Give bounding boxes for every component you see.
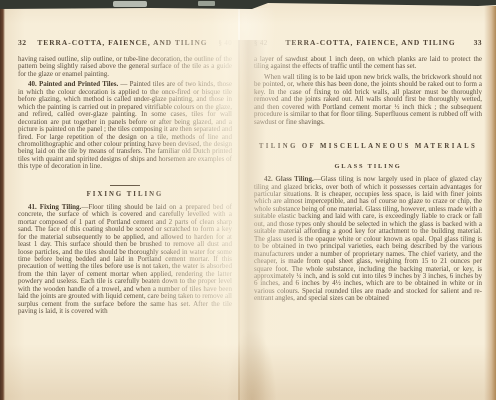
right-page-header: § 42 TERRA-COTTA, FAIENCE, AND TILING 33 <box>254 38 482 47</box>
paragraph-section-40: 40. Painted and Printed Tiles. — Painted… <box>18 81 232 170</box>
section-40-body: — Painted tiles are of two kinds, those … <box>18 80 232 170</box>
right-running-title: TERRA-COTTA, FAIENCE, AND TILING <box>285 38 455 47</box>
glass-tiling-heading: GLASS TILING <box>254 163 482 170</box>
paragraph-section-42: 42. Glass Tiling.—Glass tiling is now la… <box>254 176 482 303</box>
miscellaneous-materials-heading: TILING OF MISCELLANEOUS MATERIALS <box>254 143 482 150</box>
paragraph-continuation-right: a layer of sawdust about 1 inch deep, on… <box>254 56 482 71</box>
left-section-mark: § 40 <box>219 40 233 47</box>
paragraph-wall-tiling: When wall tiling is to be laid upon new … <box>254 74 482 126</box>
paragraph-continuation-left: having raised outline, slip outline, or … <box>18 56 232 78</box>
right-section-mark: § 42 <box>254 40 268 47</box>
left-running-title: TERRA-COTTA, FAIENCE, AND TILING <box>37 38 207 47</box>
paragraph-section-41: 41. Fixing Tiling.—Floor tiling should b… <box>18 204 232 316</box>
section-42-body: —Glass tiling is now largely used in pla… <box>254 175 482 302</box>
right-page-number: 33 <box>474 38 482 47</box>
section-divider <box>110 185 140 186</box>
right-page: § 42 TERRA-COTTA, FAIENCE, AND TILING 33… <box>254 38 482 306</box>
left-page: 32 TERRA-COTTA, FAIENCE, AND TILING § 40… <box>18 38 232 319</box>
gutter-bottom-shadow <box>228 330 276 400</box>
book-cover-left-edge <box>0 0 5 400</box>
book-scan: 32 TERRA-COTTA, FAIENCE, AND TILING § 40… <box>0 0 496 400</box>
page-block-right-edge <box>484 6 496 400</box>
left-page-header: 32 TERRA-COTTA, FAIENCE, AND TILING § 40 <box>18 38 232 47</box>
section-41-body: —Floor tiling should be laid on a prepar… <box>18 203 232 315</box>
spine-headband-highlight <box>113 1 147 7</box>
page-block-highlight <box>198 1 215 6</box>
fixing-tiling-heading: FIXING TILING <box>18 191 232 198</box>
book-top-edge <box>0 0 496 10</box>
left-page-number: 32 <box>18 38 26 47</box>
